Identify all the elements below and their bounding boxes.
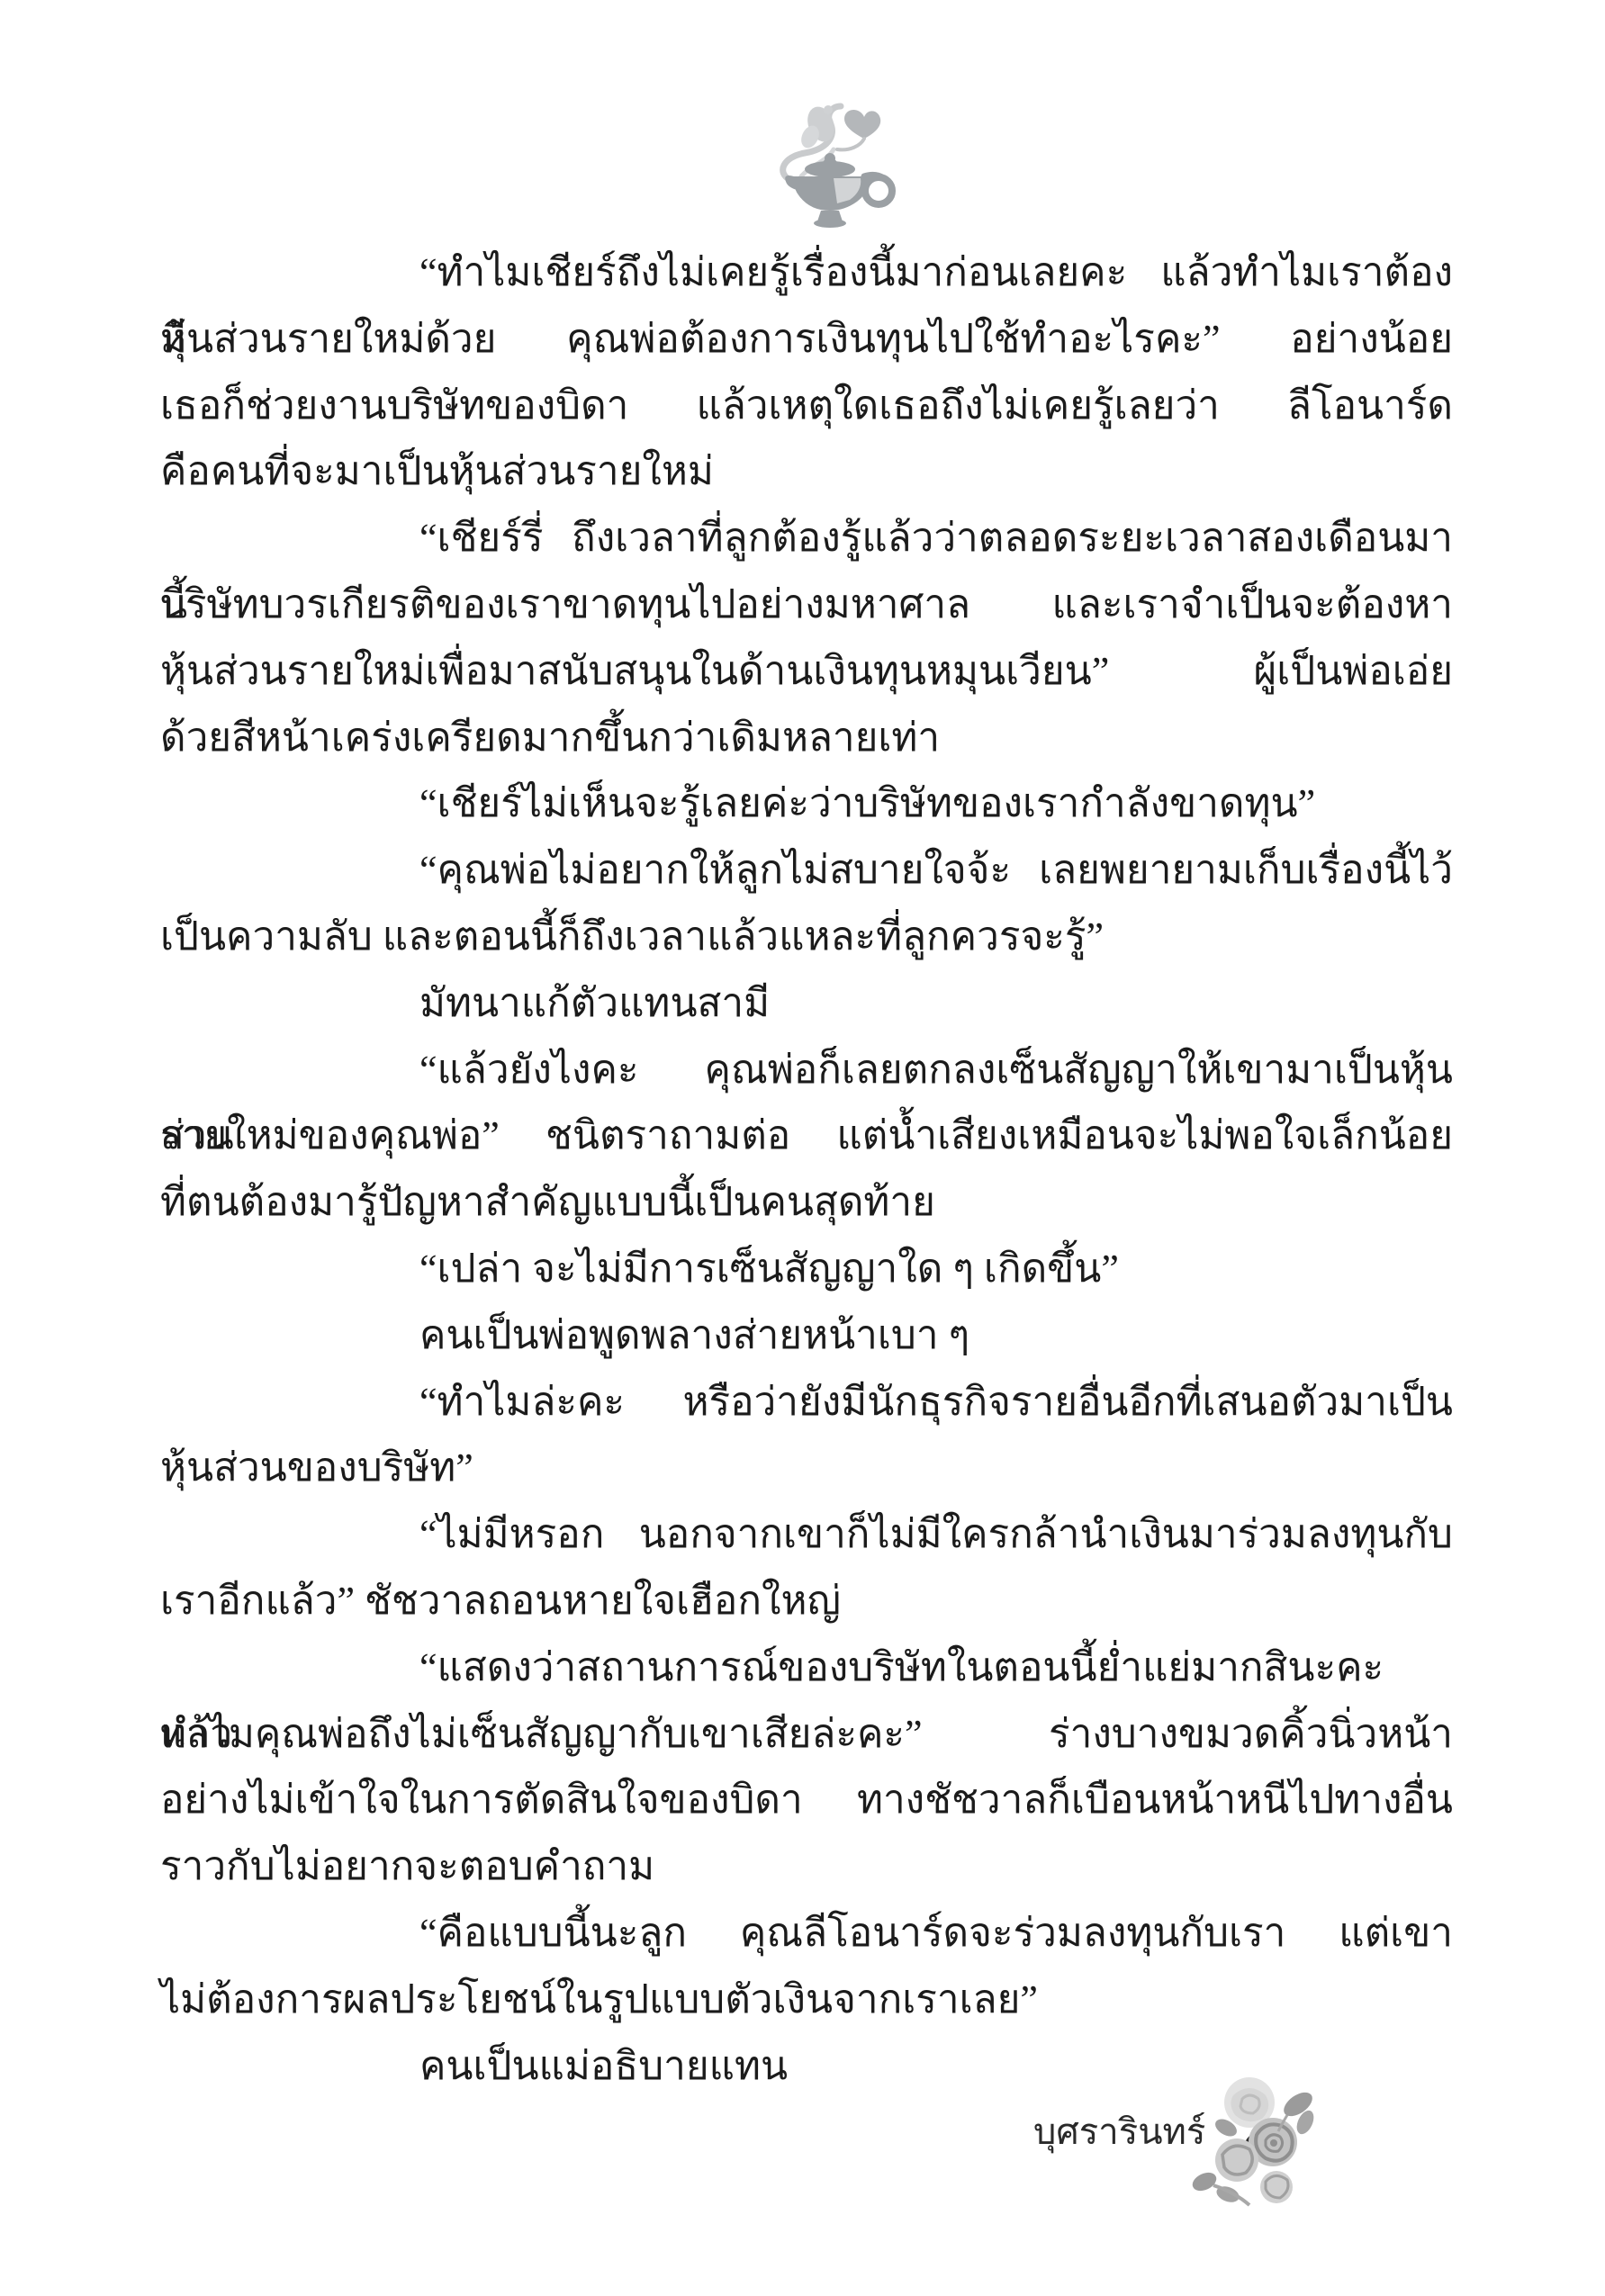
book-title: บุศรารินทร์ xyxy=(1033,2102,1205,2160)
text-line: ที่ตนต้องมารู้ปัญหาสำคัญแบบนี้เป็นคนสุดท… xyxy=(160,1169,1453,1236)
text-line: “แสดงว่าสถานการณ์ของบริษัทในตอนนี้ย่ำแย่… xyxy=(160,1634,1453,1701)
text-line: ทำไมคุณพ่อถึงไม่เซ็นสัญญากับเขาเสียล่ะคะ… xyxy=(160,1701,1453,1768)
text-line: “ทำไมเชียร์ถึงไม่เคยรู้เรื่องนี้มาก่อนเล… xyxy=(160,239,1453,306)
text-line: หุ้นส่วนรายใหม่เพื่อมาสนับสนุนในด้านเงิน… xyxy=(160,638,1453,705)
book-page: “ทำไมเชียร์ถึงไม่เคยรู้เรื่องนี้มาก่อนเล… xyxy=(0,0,1605,2296)
page-body-text: “ทำไมเชียร์ถึงไม่เคยรู้เรื่องนี้มาก่อนเล… xyxy=(160,239,1453,2099)
text-line: คนเป็นพ่อพูดพลางส่ายหน้าเบา ๆ xyxy=(160,1302,1453,1369)
text-line: “ทำไมล่ะคะ หรือว่ายังมีนักธุรกิจรายอื่นอ… xyxy=(160,1369,1453,1436)
text-line: ด้วยสีหน้าเคร่งเครียดมากขึ้นกว่าเดิมหลาย… xyxy=(160,705,1453,771)
text-line: เป็นความลับ และตอนนี้ก็ถึงเวลาแล้วแหละที… xyxy=(160,904,1453,970)
text-line: อย่างไม่เข้าใจในการตัดสินใจของบิดา ทางชั… xyxy=(160,1767,1453,1833)
text-line: “คุณพ่อไม่อยากให้ลูกไม่สบายใจจ้ะ เลยพยาย… xyxy=(160,837,1453,904)
text-line: “เชียร์ไม่เห็นจะรู้เลยค่ะว่าบริษัทของเรา… xyxy=(160,770,1453,837)
text-line: หุ้นส่วนรายใหม่ด้วย คุณพ่อต้องการเงินทุน… xyxy=(160,306,1453,373)
text-line: บริษัทบวรเกียรติของเราขาดทุนไปอย่างมหาศา… xyxy=(160,572,1453,638)
text-line: เธอก็ช่วยงานบริษัทของบิดา แล้วเหตุใดเธอถ… xyxy=(160,373,1453,439)
text-line: หุ้นส่วนของบริษัท” xyxy=(160,1435,1453,1501)
text-line: “ไม่มีหรอก นอกจากเขาก็ไม่มีใครกล้านำเงิน… xyxy=(160,1501,1453,1568)
rose-ornament-icon xyxy=(1190,2068,1321,2221)
text-line: “คือแบบนี้นะลูก คุณลีโอนาร์ดจะร่วมลงทุนก… xyxy=(160,1900,1453,1967)
text-line: “เชียร์รี่ ถึงเวลาที่ลูกต้องรู้แล้วว่าตล… xyxy=(160,505,1453,572)
text-line: เราอีกแล้ว” ชัชวาลถอนหายใจเฮือกใหญ่ xyxy=(160,1568,1453,1634)
text-line: มัทนาแก้ตัวแทนสามี xyxy=(160,970,1453,1037)
teapot-ornament-icon xyxy=(774,90,900,232)
text-line: “เปล่า จะไม่มีการเซ็นสัญญาใด ๆ เกิดขึ้น” xyxy=(160,1236,1453,1302)
text-line: “แล้วยังไงคะ คุณพ่อก็เลยตกลงเซ็นสัญญาให้… xyxy=(160,1037,1453,1103)
text-line: คือคนที่จะมาเป็นหุ้นส่วนรายใหม่ xyxy=(160,438,1453,505)
text-line: ไม่ต้องการผลประโยชน์ในรูปแบบตัวเงินจากเร… xyxy=(160,1967,1453,2033)
text-line: ราวกับไม่อยากจะตอบคำถาม xyxy=(160,1833,1453,1900)
text-line: รายใหม่ของคุณพ่อ” ชนิตราถามต่อ แต่น้ำเสี… xyxy=(160,1103,1453,1169)
